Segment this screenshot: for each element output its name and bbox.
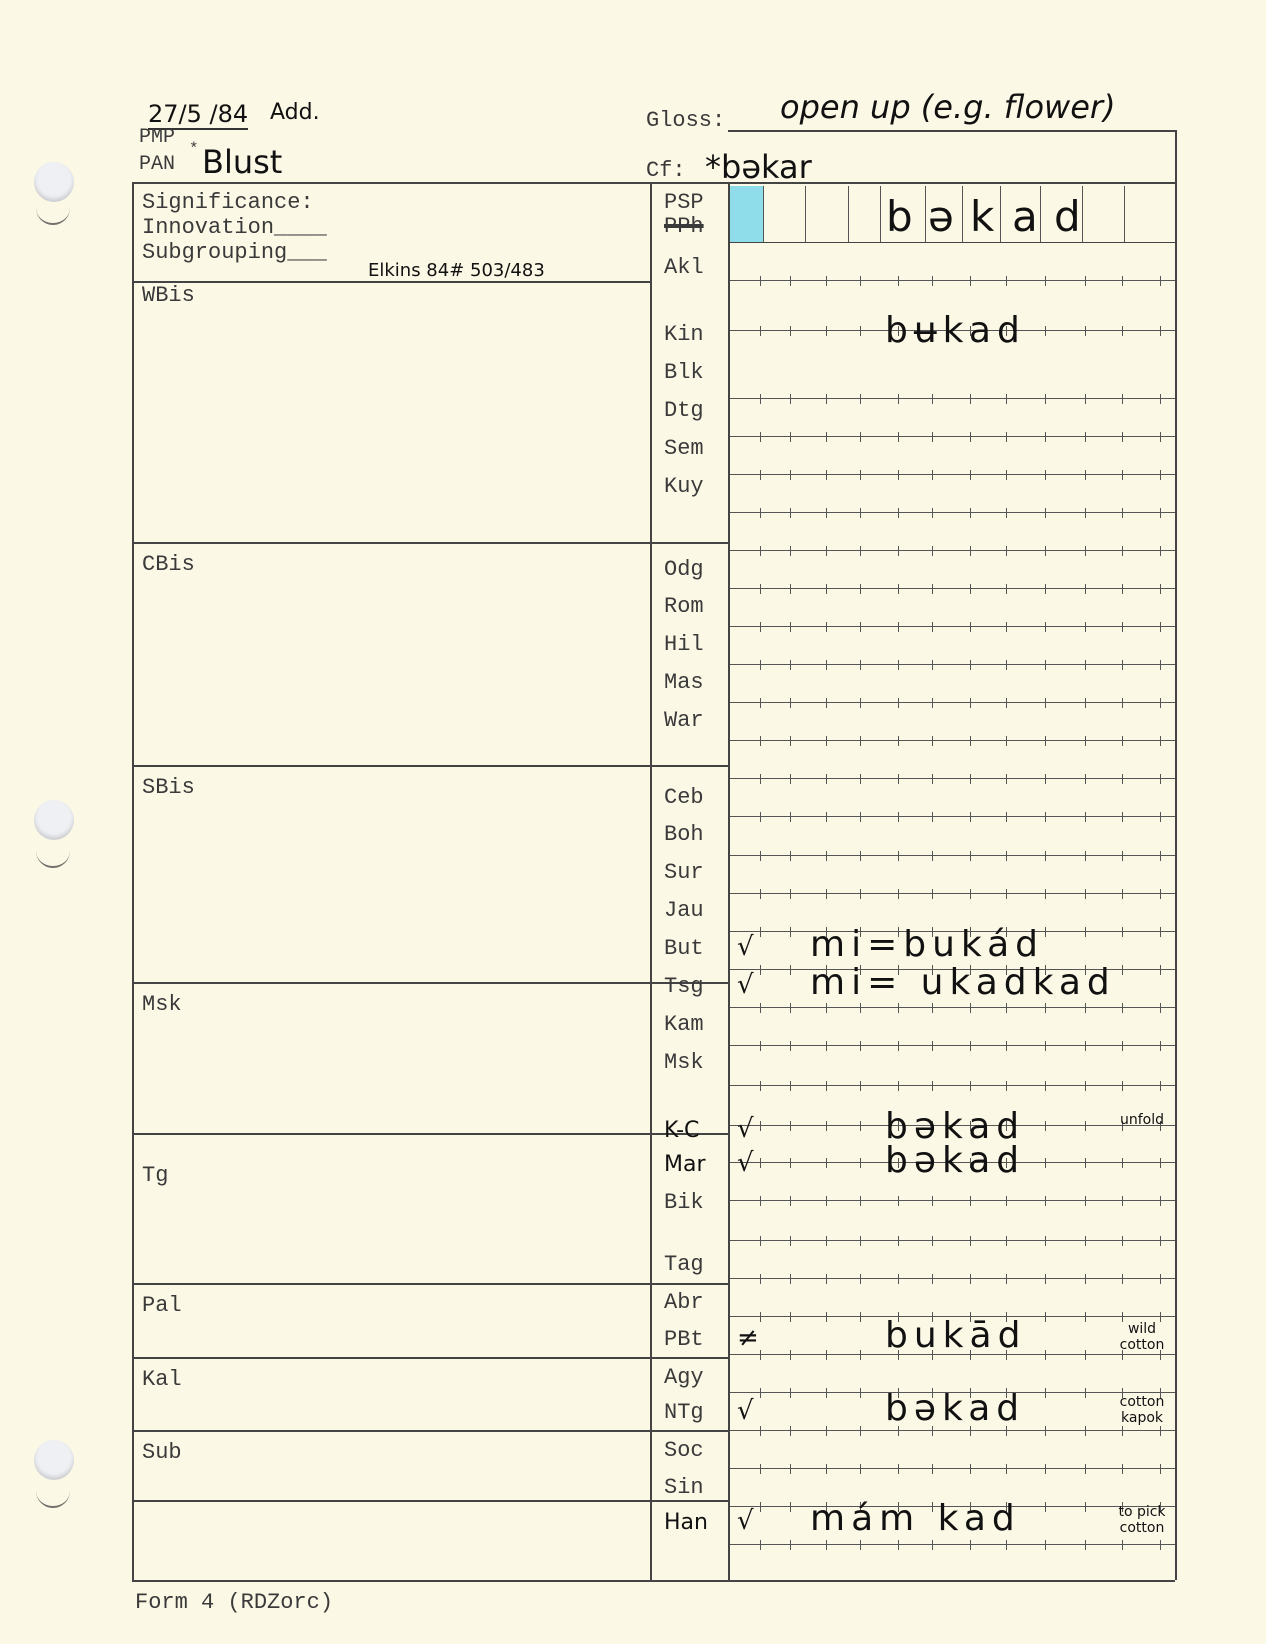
tick-mark <box>826 508 827 518</box>
tick-mark <box>898 1081 899 1091</box>
tick-mark <box>1160 812 1161 822</box>
reflex-form[interactable]: bʉkad <box>885 310 1026 351</box>
cognate-check-icon: ≠ <box>737 1323 759 1353</box>
tick-mark <box>826 470 827 480</box>
tick-mark <box>790 812 791 822</box>
tick-mark <box>898 622 899 632</box>
reflex-form[interactable]: bəkad <box>885 1140 1025 1181</box>
tick-mark <box>826 622 827 632</box>
tick-mark <box>970 851 971 861</box>
language-code: PBt <box>664 1327 724 1352</box>
tick-mark <box>760 1388 761 1398</box>
tick-mark <box>898 660 899 670</box>
tick-mark <box>1160 1196 1161 1206</box>
divider-left <box>650 182 652 1580</box>
tick-mark <box>1045 1274 1046 1284</box>
tick-mark <box>760 276 761 286</box>
region-label: Sub <box>142 1440 182 1465</box>
tick-mark <box>1045 812 1046 822</box>
tick-mark <box>1122 851 1123 861</box>
tick-mark <box>898 1540 899 1550</box>
tick-mark <box>826 1081 827 1091</box>
region-label: Kal <box>142 1367 182 1392</box>
tick-mark <box>826 1312 827 1322</box>
tick-mark <box>970 1236 971 1246</box>
tick-mark <box>790 326 791 336</box>
entry-ruled-line <box>730 664 1175 665</box>
tick-mark <box>1045 736 1046 746</box>
tick-mark <box>760 1081 761 1091</box>
tick-mark <box>760 1274 761 1284</box>
binder-hole-shadow <box>36 848 70 868</box>
entry-ruled-line <box>730 1468 1175 1469</box>
tick-mark <box>1160 774 1161 784</box>
tick-mark <box>760 1121 761 1131</box>
tick-mark <box>1122 546 1123 556</box>
subgrouping-field[interactable]: Subgrouping___ <box>142 240 327 265</box>
entry-ruled-line <box>730 816 1175 817</box>
tick-mark <box>932 1540 933 1550</box>
tick-mark <box>1006 508 1007 518</box>
proto-highlight-cell <box>730 186 763 242</box>
entry-ruled-line <box>730 1278 1175 1279</box>
tick-mark <box>790 1540 791 1550</box>
language-code: Msk <box>664 1050 724 1075</box>
tick-mark <box>860 1041 861 1051</box>
tick-mark <box>790 470 791 480</box>
tick-mark <box>1085 326 1086 336</box>
tick-mark <box>790 965 791 975</box>
tick-mark <box>970 889 971 899</box>
tick-mark <box>1085 1426 1086 1436</box>
tick-mark <box>826 584 827 594</box>
language-code: Mar <box>664 1152 724 1177</box>
entry-ruled-line <box>730 626 1175 627</box>
tick-mark <box>826 1350 827 1360</box>
tick-mark <box>860 276 861 286</box>
tick-mark <box>790 1081 791 1091</box>
region-divider <box>132 542 728 544</box>
entry-ruled-line <box>730 855 1175 856</box>
tick-mark <box>970 508 971 518</box>
tick-mark <box>760 851 761 861</box>
tick-mark <box>1006 774 1007 784</box>
tick-mark <box>1122 736 1123 746</box>
cognate-check-icon: √ <box>737 1114 754 1144</box>
tick-mark <box>970 812 971 822</box>
tick-mark <box>1045 1388 1046 1398</box>
tick-mark <box>860 1158 861 1168</box>
tick-mark <box>1160 1158 1161 1168</box>
tick-mark <box>898 584 899 594</box>
entry-ruled-line <box>730 778 1175 779</box>
tick-mark <box>1160 927 1161 937</box>
tick-mark <box>1045 508 1046 518</box>
region-divider <box>132 1283 728 1285</box>
tick-mark <box>790 774 791 784</box>
tick-mark <box>1085 774 1086 784</box>
tick-mark <box>1160 508 1161 518</box>
significance-title: Significance: <box>142 190 327 215</box>
tick-mark <box>760 622 761 632</box>
tick-mark <box>1160 470 1161 480</box>
entry-ruled-line <box>730 1045 1175 1046</box>
proto-label: PSP <box>664 190 704 215</box>
tick-mark <box>1085 1274 1086 1284</box>
tick-mark <box>1006 1041 1007 1051</box>
tick-mark <box>760 812 761 822</box>
tick-mark <box>860 470 861 480</box>
tick-mark <box>1045 1041 1046 1051</box>
tick-mark <box>1085 584 1086 594</box>
tick-mark <box>826 851 827 861</box>
innovation-field[interactable]: Innovation____ <box>142 215 327 240</box>
tick-mark <box>1085 1121 1086 1131</box>
binder-hole <box>34 800 74 840</box>
entry-ruled-line <box>730 1430 1175 1431</box>
tick-mark <box>970 660 971 670</box>
tick-mark <box>760 432 761 442</box>
tick-mark <box>1045 1121 1046 1131</box>
tick-mark <box>760 326 761 336</box>
reflex-form[interactable]: mám kad <box>810 1498 1021 1539</box>
tick-mark <box>1160 698 1161 708</box>
tick-mark <box>970 432 971 442</box>
tick-mark <box>898 1236 899 1246</box>
region-label: Tg <box>142 1163 168 1188</box>
tick-mark <box>1085 1003 1086 1013</box>
tick-mark <box>970 698 971 708</box>
cf-label: Cf: <box>646 158 686 183</box>
tick-mark <box>790 1158 791 1168</box>
tick-mark <box>932 1464 933 1474</box>
tick-mark <box>1045 1426 1046 1436</box>
entry-ruled-line <box>730 1085 1175 1086</box>
entry-ruled-line <box>730 398 1175 399</box>
tick-mark <box>790 1041 791 1051</box>
tick-mark <box>790 1388 791 1398</box>
gloss-note: cotton kapok <box>1110 1394 1174 1426</box>
tick-mark <box>1045 326 1046 336</box>
tick-mark <box>790 1003 791 1013</box>
tick-mark <box>760 1502 761 1512</box>
tick-mark <box>932 584 933 594</box>
tick-mark <box>760 927 761 937</box>
tick-mark <box>898 774 899 784</box>
tick-mark <box>932 276 933 286</box>
form-label: Form 4 (RDZorc) <box>135 1590 333 1615</box>
tick-mark <box>826 276 827 286</box>
reflex-form[interactable]: mi= ukadkad <box>810 962 1116 1003</box>
frame-top <box>132 182 1175 184</box>
tick-mark <box>826 1041 827 1051</box>
tick-mark <box>1160 1426 1161 1436</box>
tick-mark <box>1160 736 1161 746</box>
tick-mark <box>1160 889 1161 899</box>
language-code: Rom <box>664 594 724 619</box>
tick-mark <box>1085 660 1086 670</box>
tick-mark <box>1006 1464 1007 1474</box>
tick-mark <box>932 1003 933 1013</box>
tick-mark <box>1045 1350 1046 1360</box>
tick-mark <box>826 432 827 442</box>
language-code: Agy <box>664 1365 724 1390</box>
tick-mark <box>898 1041 899 1051</box>
tick-mark <box>1006 394 1007 404</box>
tick-mark <box>1006 546 1007 556</box>
tick-mark <box>860 660 861 670</box>
tick-mark <box>760 470 761 480</box>
cognate-check-icon: √ <box>737 932 754 962</box>
tick-mark <box>860 1426 861 1436</box>
tick-mark <box>1045 698 1046 708</box>
tick-mark <box>1122 1464 1123 1474</box>
tick-mark <box>1045 889 1046 899</box>
entry-ruled-line <box>730 1240 1175 1241</box>
tick-mark <box>790 546 791 556</box>
tick-mark <box>790 508 791 518</box>
tick-mark <box>760 1041 761 1051</box>
region-divider <box>132 1430 728 1432</box>
tick-mark <box>1160 622 1161 632</box>
tick-mark <box>970 774 971 784</box>
tick-mark <box>1160 1041 1161 1051</box>
tick-mark <box>1006 698 1007 708</box>
tick-mark <box>860 1196 861 1206</box>
gloss-note: unfold <box>1110 1112 1174 1128</box>
tick-mark <box>790 622 791 632</box>
tick-mark <box>970 584 971 594</box>
tick-mark <box>760 736 761 746</box>
entry-ruled-line <box>730 550 1175 551</box>
language-code: Dtg <box>664 398 724 423</box>
tick-mark <box>860 736 861 746</box>
tick-mark <box>1160 851 1161 861</box>
binder-hole-shadow <box>36 205 70 225</box>
tick-mark <box>760 1350 761 1360</box>
tick-mark <box>1085 508 1086 518</box>
tick-mark <box>932 470 933 480</box>
tick-mark <box>826 326 827 336</box>
tick-mark <box>898 276 899 286</box>
tick-mark <box>1122 1426 1123 1436</box>
tick-mark <box>860 812 861 822</box>
gloss-value[interactable]: open up (e.g. flower) <box>780 88 1116 126</box>
tick-mark <box>898 851 899 861</box>
tick-mark <box>1006 1196 1007 1206</box>
significance-bottom <box>132 281 650 283</box>
grid-divider <box>1124 186 1125 242</box>
tick-mark <box>932 812 933 822</box>
tick-mark <box>898 1464 899 1474</box>
tick-mark <box>1006 1274 1007 1284</box>
region-divider <box>132 1357 728 1359</box>
tick-mark <box>932 736 933 746</box>
entry-ruled-line <box>730 740 1175 741</box>
language-code: Sem <box>664 436 724 461</box>
tick-mark <box>860 584 861 594</box>
frame-left <box>132 182 134 1580</box>
tick-mark <box>970 622 971 632</box>
tick-mark <box>1045 394 1046 404</box>
tick-mark <box>1045 1003 1046 1013</box>
tick-mark <box>826 1274 827 1284</box>
tick-mark <box>1085 812 1086 822</box>
tick-mark <box>1160 276 1161 286</box>
tick-mark <box>970 1196 971 1206</box>
tick-mark <box>860 394 861 404</box>
tick-mark <box>898 546 899 556</box>
tick-mark <box>1160 660 1161 670</box>
tick-mark <box>860 774 861 784</box>
tick-mark <box>1045 470 1046 480</box>
tick-mark <box>1085 1041 1086 1051</box>
tick-mark <box>1045 1540 1046 1550</box>
tick-mark <box>1122 1003 1123 1013</box>
tick-mark <box>1122 508 1123 518</box>
tick-mark <box>790 1196 791 1206</box>
tick-mark <box>1045 1196 1046 1206</box>
entry-ruled-line <box>730 474 1175 475</box>
tick-mark <box>790 1312 791 1322</box>
entry-ruled-line <box>730 280 1175 281</box>
cognate-check-icon: √ <box>737 1148 754 1178</box>
tick-mark <box>1085 1081 1086 1091</box>
tick-mark <box>760 1312 761 1322</box>
tick-mark <box>860 326 861 336</box>
cognate-check-icon: √ <box>737 970 754 1000</box>
tick-mark <box>1122 1081 1123 1091</box>
reflex-form[interactable]: mi=bukád <box>810 924 1044 965</box>
tick-mark <box>1006 1236 1007 1246</box>
tick-mark <box>1045 1236 1046 1246</box>
region-label: WBis <box>142 283 195 308</box>
tick-mark <box>898 470 899 480</box>
language-code: Akl <box>664 255 724 280</box>
tick-mark <box>760 660 761 670</box>
tick-mark <box>898 736 899 746</box>
tick-mark <box>760 394 761 404</box>
significance-box: Significance: Innovation____ Subgrouping… <box>142 190 327 265</box>
entry-ruled-line <box>730 1544 1175 1545</box>
region-divider <box>132 1500 728 1502</box>
tick-mark <box>860 622 861 632</box>
tick-mark <box>970 470 971 480</box>
region-label: CBis <box>142 552 195 577</box>
reflex-form[interactable]: bəkad <box>885 1388 1025 1429</box>
tick-mark <box>1085 1236 1086 1246</box>
tick-mark <box>1006 736 1007 746</box>
tick-mark <box>1045 851 1046 861</box>
tick-mark <box>860 508 861 518</box>
tick-mark <box>970 1003 971 1013</box>
tick-mark <box>970 1464 971 1474</box>
tick-mark <box>1122 1540 1123 1550</box>
tick-mark <box>1006 584 1007 594</box>
tick-mark <box>790 1350 791 1360</box>
tick-mark <box>760 774 761 784</box>
tick-mark <box>826 774 827 784</box>
entry-ruled-line <box>730 893 1175 894</box>
entry-ruled-line <box>730 436 1175 437</box>
proto-segment: k <box>970 192 994 241</box>
tick-mark <box>932 546 933 556</box>
cf-value[interactable]: *bəkar <box>705 148 812 186</box>
tick-mark <box>1160 1236 1161 1246</box>
grid-divider <box>880 186 881 242</box>
proto-struck-label: PPh <box>664 214 704 239</box>
region-divider <box>132 1133 728 1135</box>
tick-mark <box>760 1003 761 1013</box>
language-code: But <box>664 936 724 961</box>
tick-mark <box>932 1081 933 1091</box>
entry-ruled-line <box>730 1007 1175 1008</box>
tick-mark <box>760 1196 761 1206</box>
tick-mark <box>826 889 827 899</box>
grid-divider <box>1082 186 1083 242</box>
tick-mark <box>790 889 791 899</box>
tick-mark <box>970 1540 971 1550</box>
grid-divider <box>763 186 764 242</box>
tick-mark <box>1045 276 1046 286</box>
tick-mark <box>760 889 761 899</box>
tick-mark <box>826 1426 827 1436</box>
tick-mark <box>898 1196 899 1206</box>
tick-mark <box>1085 1196 1086 1206</box>
tick-mark <box>1045 432 1046 442</box>
language-code: Odg <box>664 557 724 582</box>
region-label: SBis <box>142 775 195 800</box>
tick-mark <box>898 432 899 442</box>
tick-mark <box>760 965 761 975</box>
tick-mark <box>826 1236 827 1246</box>
entry-ruled-line <box>730 702 1175 703</box>
tick-mark <box>970 394 971 404</box>
tick-mark <box>1045 1081 1046 1091</box>
tick-mark <box>860 1003 861 1013</box>
tick-mark <box>970 1041 971 1051</box>
tick-mark <box>860 1274 861 1284</box>
tick-mark <box>1045 660 1046 670</box>
tick-mark <box>1006 276 1007 286</box>
reflex-form[interactable]: bukād <box>885 1315 1026 1356</box>
tick-mark <box>1045 927 1046 937</box>
tick-mark <box>860 1121 861 1131</box>
tick-mark <box>826 698 827 708</box>
tick-mark <box>860 1388 861 1398</box>
tick-mark <box>1085 622 1086 632</box>
gloss-label: Gloss: <box>646 108 725 133</box>
tick-mark <box>970 276 971 286</box>
tick-mark <box>826 546 827 556</box>
tick-mark <box>790 736 791 746</box>
tick-mark <box>1122 326 1123 336</box>
language-code: Kin <box>664 322 724 347</box>
language-code: Han <box>664 1510 724 1535</box>
date-note: Add. <box>270 100 320 125</box>
tick-mark <box>970 1081 971 1091</box>
tick-mark <box>790 1426 791 1436</box>
tick-mark <box>790 276 791 286</box>
tick-mark <box>860 889 861 899</box>
tick-mark <box>932 1041 933 1051</box>
tick-mark <box>1160 1081 1161 1091</box>
tick-mark <box>1085 1464 1086 1474</box>
tick-mark <box>1122 889 1123 899</box>
frame-right <box>1175 130 1177 1580</box>
tick-mark <box>1160 1274 1161 1284</box>
reference-note: Elkins 84# 503/483 <box>368 260 545 281</box>
